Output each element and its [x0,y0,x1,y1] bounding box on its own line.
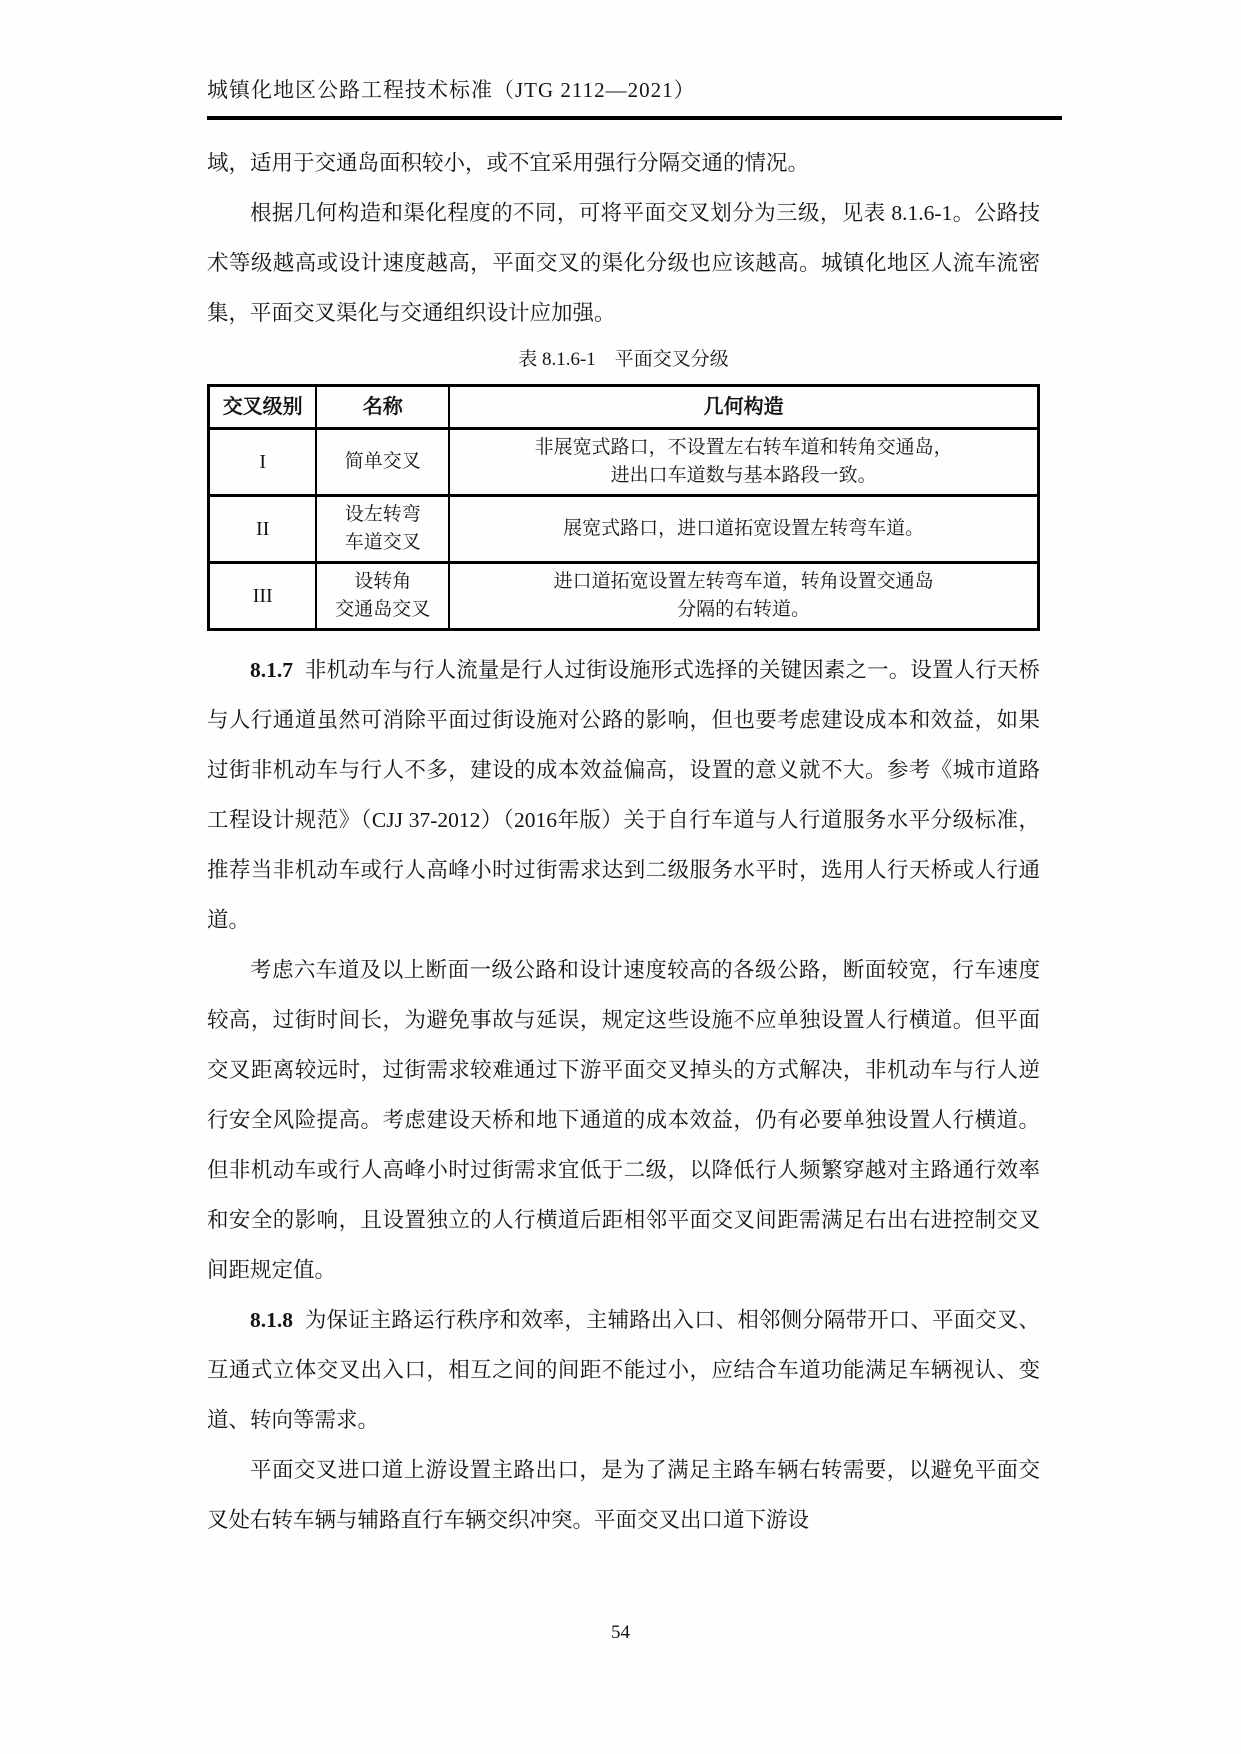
cell-level: II [209,496,317,563]
page-header: 城镇化地区公路工程技术标准（JTG 2112—2021） [207,74,1040,120]
table-row: I 简单交叉 非展宽式路口，不设置左右转车道和转角交通岛， 进出口车道数与基本路… [209,429,1039,496]
paragraph-clause-8-1-8: 8.1.8为保证主路运行秩序和效率，主辅路出入口、相邻侧分隔带开口、平面交叉、互… [207,1295,1040,1445]
page-content: 域，适用于交通岛面积较小，或不宜采用强行分隔交通的情况。 根据几何构造和渠化程度… [207,138,1040,1545]
clause-text: 非机动车与行人流量是行人过街设施形式选择的关键因素之一。设置人行天桥与人行通道虽… [207,658,1040,932]
document-title: 城镇化地区公路工程技术标准（JTG 2112—2021） [207,74,1040,104]
paragraph-clause-8-1-7: 8.1.7非机动车与行人流量是行人过街设施形式选择的关键因素之一。设置人行天桥与… [207,645,1040,945]
document-page: 城镇化地区公路工程技术标准（JTG 2112—2021） 域，适用于交通岛面积较… [0,0,1241,1754]
cell-name: 设转角 交通岛交叉 [316,563,449,630]
table-row: II 设左转弯 车道交叉 展宽式路口，进口道拓宽设置左转弯车道。 [209,496,1039,563]
header-divider [207,116,1062,120]
page-number: 54 [611,1622,630,1643]
paragraph-continuation: 域，适用于交通岛面积较小，或不宜采用强行分隔交通的情况。 [207,138,1040,188]
cell-name: 设左转弯 车道交叉 [316,496,449,563]
table-header-row: 交叉级别 名称 几何构造 [209,386,1039,429]
clause-number: 8.1.7 [250,658,293,682]
clause-number: 8.1.8 [250,1308,293,1332]
cell-name: 简单交叉 [316,429,449,496]
cell-geometry: 非展宽式路口，不设置左右转车道和转角交通岛， 进出口车道数与基本路段一致。 [449,429,1038,496]
paragraph-consideration: 考虑六车道及以上断面一级公路和设计速度较高的各级公路，断面较宽，行车速度较高，过… [207,945,1040,1295]
cell-geometry: 进口道拓宽设置左转弯车道，转角设置交通岛 分隔的右转道。 [449,563,1038,630]
column-header-name: 名称 [316,386,449,429]
intersection-classification-table: 交叉级别 名称 几何构造 I 简单交叉 非展宽式路口，不设置左右转车道和转角交通… [207,384,1040,631]
paragraph-closing: 平面交叉进口道上游设置主路出口，是为了满足主路车辆右转需要，以避免平面交叉处右转… [207,1445,1040,1545]
cell-level: III [209,563,317,630]
clause-text: 为保证主路运行秩序和效率，主辅路出入口、相邻侧分隔带开口、平面交叉、互通式立体交… [207,1308,1040,1432]
page-footer: 54 [0,1622,1241,1644]
table-caption: 表 8.1.6-1 平面交叉分级 [207,346,1040,374]
column-header-level: 交叉级别 [209,386,317,429]
cell-geometry: 展宽式路口，进口道拓宽设置左转弯车道。 [449,496,1038,563]
table-row: III 设转角 交通岛交叉 进口道拓宽设置左转弯车道，转角设置交通岛 分隔的右转… [209,563,1039,630]
paragraph-intro: 根据几何构造和渠化程度的不同，可将平面交叉划分为三级，见表 8.1.6-1。公路… [207,188,1040,338]
cell-level: I [209,429,317,496]
column-header-geometry: 几何构造 [449,386,1038,429]
